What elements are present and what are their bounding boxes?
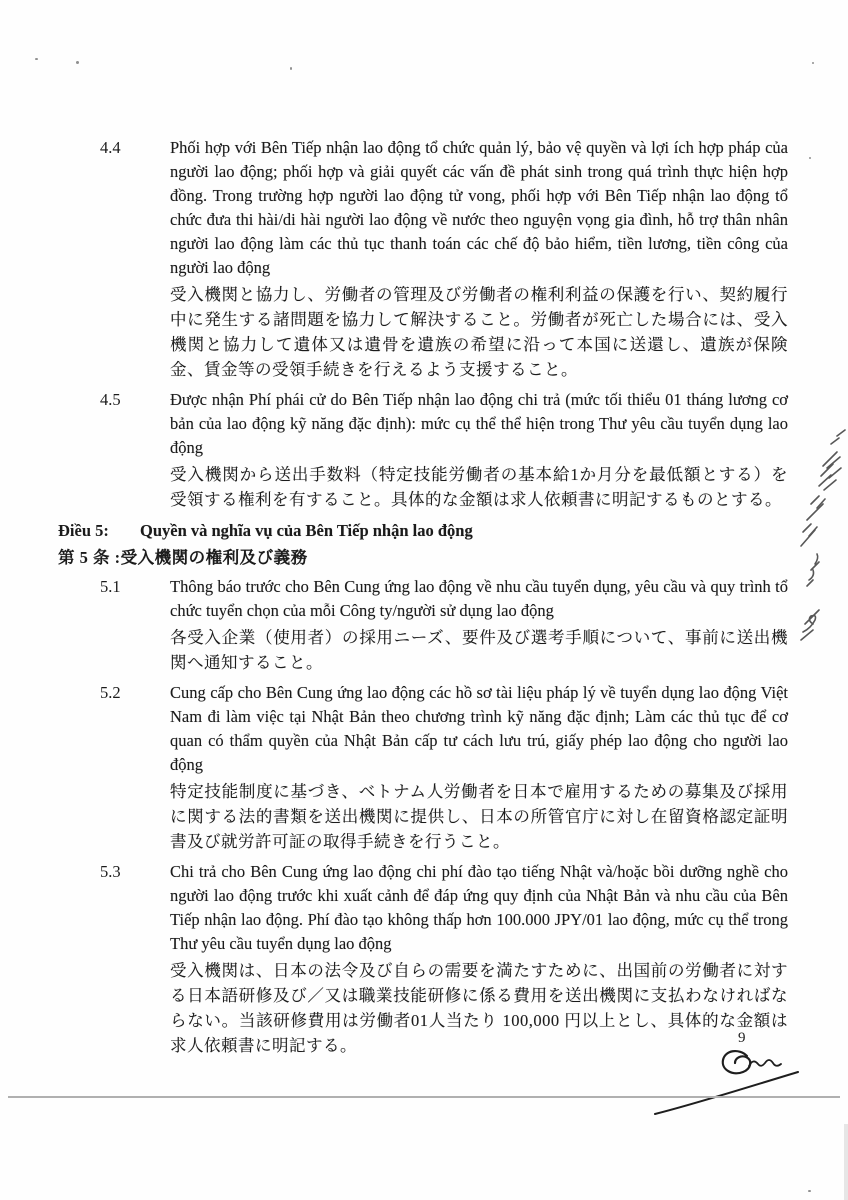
scan-speck — [808, 1190, 811, 1192]
page-bottom-rule — [8, 1096, 840, 1098]
clause-text-vietnamese: Chi trả cho Bên Cung ứng lao động chi ph… — [170, 860, 788, 956]
scanned-contract-page: 4.4 Phối hợp với Bên Tiếp nhận lao động … — [0, 0, 848, 1200]
clause-content: Chi trả cho Bên Cung ứng lao động chi ph… — [170, 860, 788, 1058]
clause-text-japanese: 特定技能制度に基づき、ベトナム人労働者を日本で雇用するための募集及び採用に関する… — [170, 779, 788, 854]
clause-content: Được nhận Phí phái cử do Bên Tiếp nhận l… — [170, 388, 788, 512]
scan-edge-strip — [844, 1124, 848, 1200]
clause-text-japanese: 受入機関から送出手数料（特定技能労働者の基本給1か月分を最低額とする）を受領する… — [170, 462, 788, 512]
clause-4-5: 4.5 Được nhận Phí phái cử do Bên Tiếp nh… — [100, 388, 788, 512]
article-5-heading-japanese: 第 5 条 : 受入機関の権利及び義務 — [58, 544, 788, 571]
clause-text-japanese: 各受入企業（使用者）の採用ニーズ、要件及び選考手順について、事前に送出機関へ通知… — [170, 625, 788, 675]
article-title: Quyền và nghĩa vụ của Bên Tiếp nhận lao … — [140, 518, 788, 544]
clause-5-1: 5.1 Thông báo trước cho Bên Cung ứng lao… — [100, 575, 788, 675]
clause-5-3: 5.3 Chi trả cho Bên Cung ứng lao động ch… — [100, 860, 788, 1058]
scan-speck — [290, 67, 292, 70]
clause-4-4: 4.4 Phối hợp với Bên Tiếp nhận lao động … — [100, 136, 788, 382]
clause-text-vietnamese: Cung cấp cho Bên Cung ứng lao động các h… — [170, 681, 788, 777]
clause-text-japanese: 受入機関と協力し、労働者の管理及び労働者の権利利益の保護を行い、契約履行中に発生… — [170, 282, 788, 382]
article-5-heading-vietnamese: Điều 5: Quyền và nghĩa vụ của Bên Tiếp n… — [58, 518, 788, 544]
clause-text-vietnamese: Phối hợp với Bên Tiếp nhận lao động tổ c… — [170, 136, 788, 280]
article-label: Điều 5: — [58, 518, 140, 544]
scan-speck — [809, 157, 811, 159]
article-5-heading: Điều 5: Quyền và nghĩa vụ của Bên Tiếp n… — [58, 518, 788, 571]
clause-text-vietnamese: Thông báo trước cho Bên Cung ứng lao độn… — [170, 575, 788, 623]
clause-number: 4.5 — [100, 388, 170, 512]
clause-number: 5.1 — [100, 575, 170, 675]
article-title: 受入機関の権利及び義務 — [121, 544, 788, 571]
clause-content: Phối hợp với Bên Tiếp nhận lao động tổ c… — [170, 136, 788, 382]
clause-number: 5.2 — [100, 681, 170, 854]
clause-number: 4.4 — [100, 136, 170, 382]
clause-content: Thông báo trước cho Bên Cung ứng lao độn… — [170, 575, 788, 675]
article-label: 第 5 条 : — [58, 544, 121, 571]
document-body: 4.4 Phối hợp với Bên Tiếp nhận lao động … — [100, 136, 788, 1064]
handwritten-edge-marks — [793, 428, 848, 668]
clause-content: Cung cấp cho Bên Cung ứng lao động các h… — [170, 681, 788, 854]
clause-5-2: 5.2 Cung cấp cho Bên Cung ứng lao động c… — [100, 681, 788, 854]
scan-speck — [812, 62, 814, 64]
clause-text-vietnamese: Được nhận Phí phái cử do Bên Tiếp nhận l… — [170, 388, 788, 460]
clause-number: 5.3 — [100, 860, 170, 1058]
handwritten-signature — [635, 1036, 820, 1120]
scan-speck — [35, 58, 38, 60]
scan-speck — [76, 61, 79, 64]
